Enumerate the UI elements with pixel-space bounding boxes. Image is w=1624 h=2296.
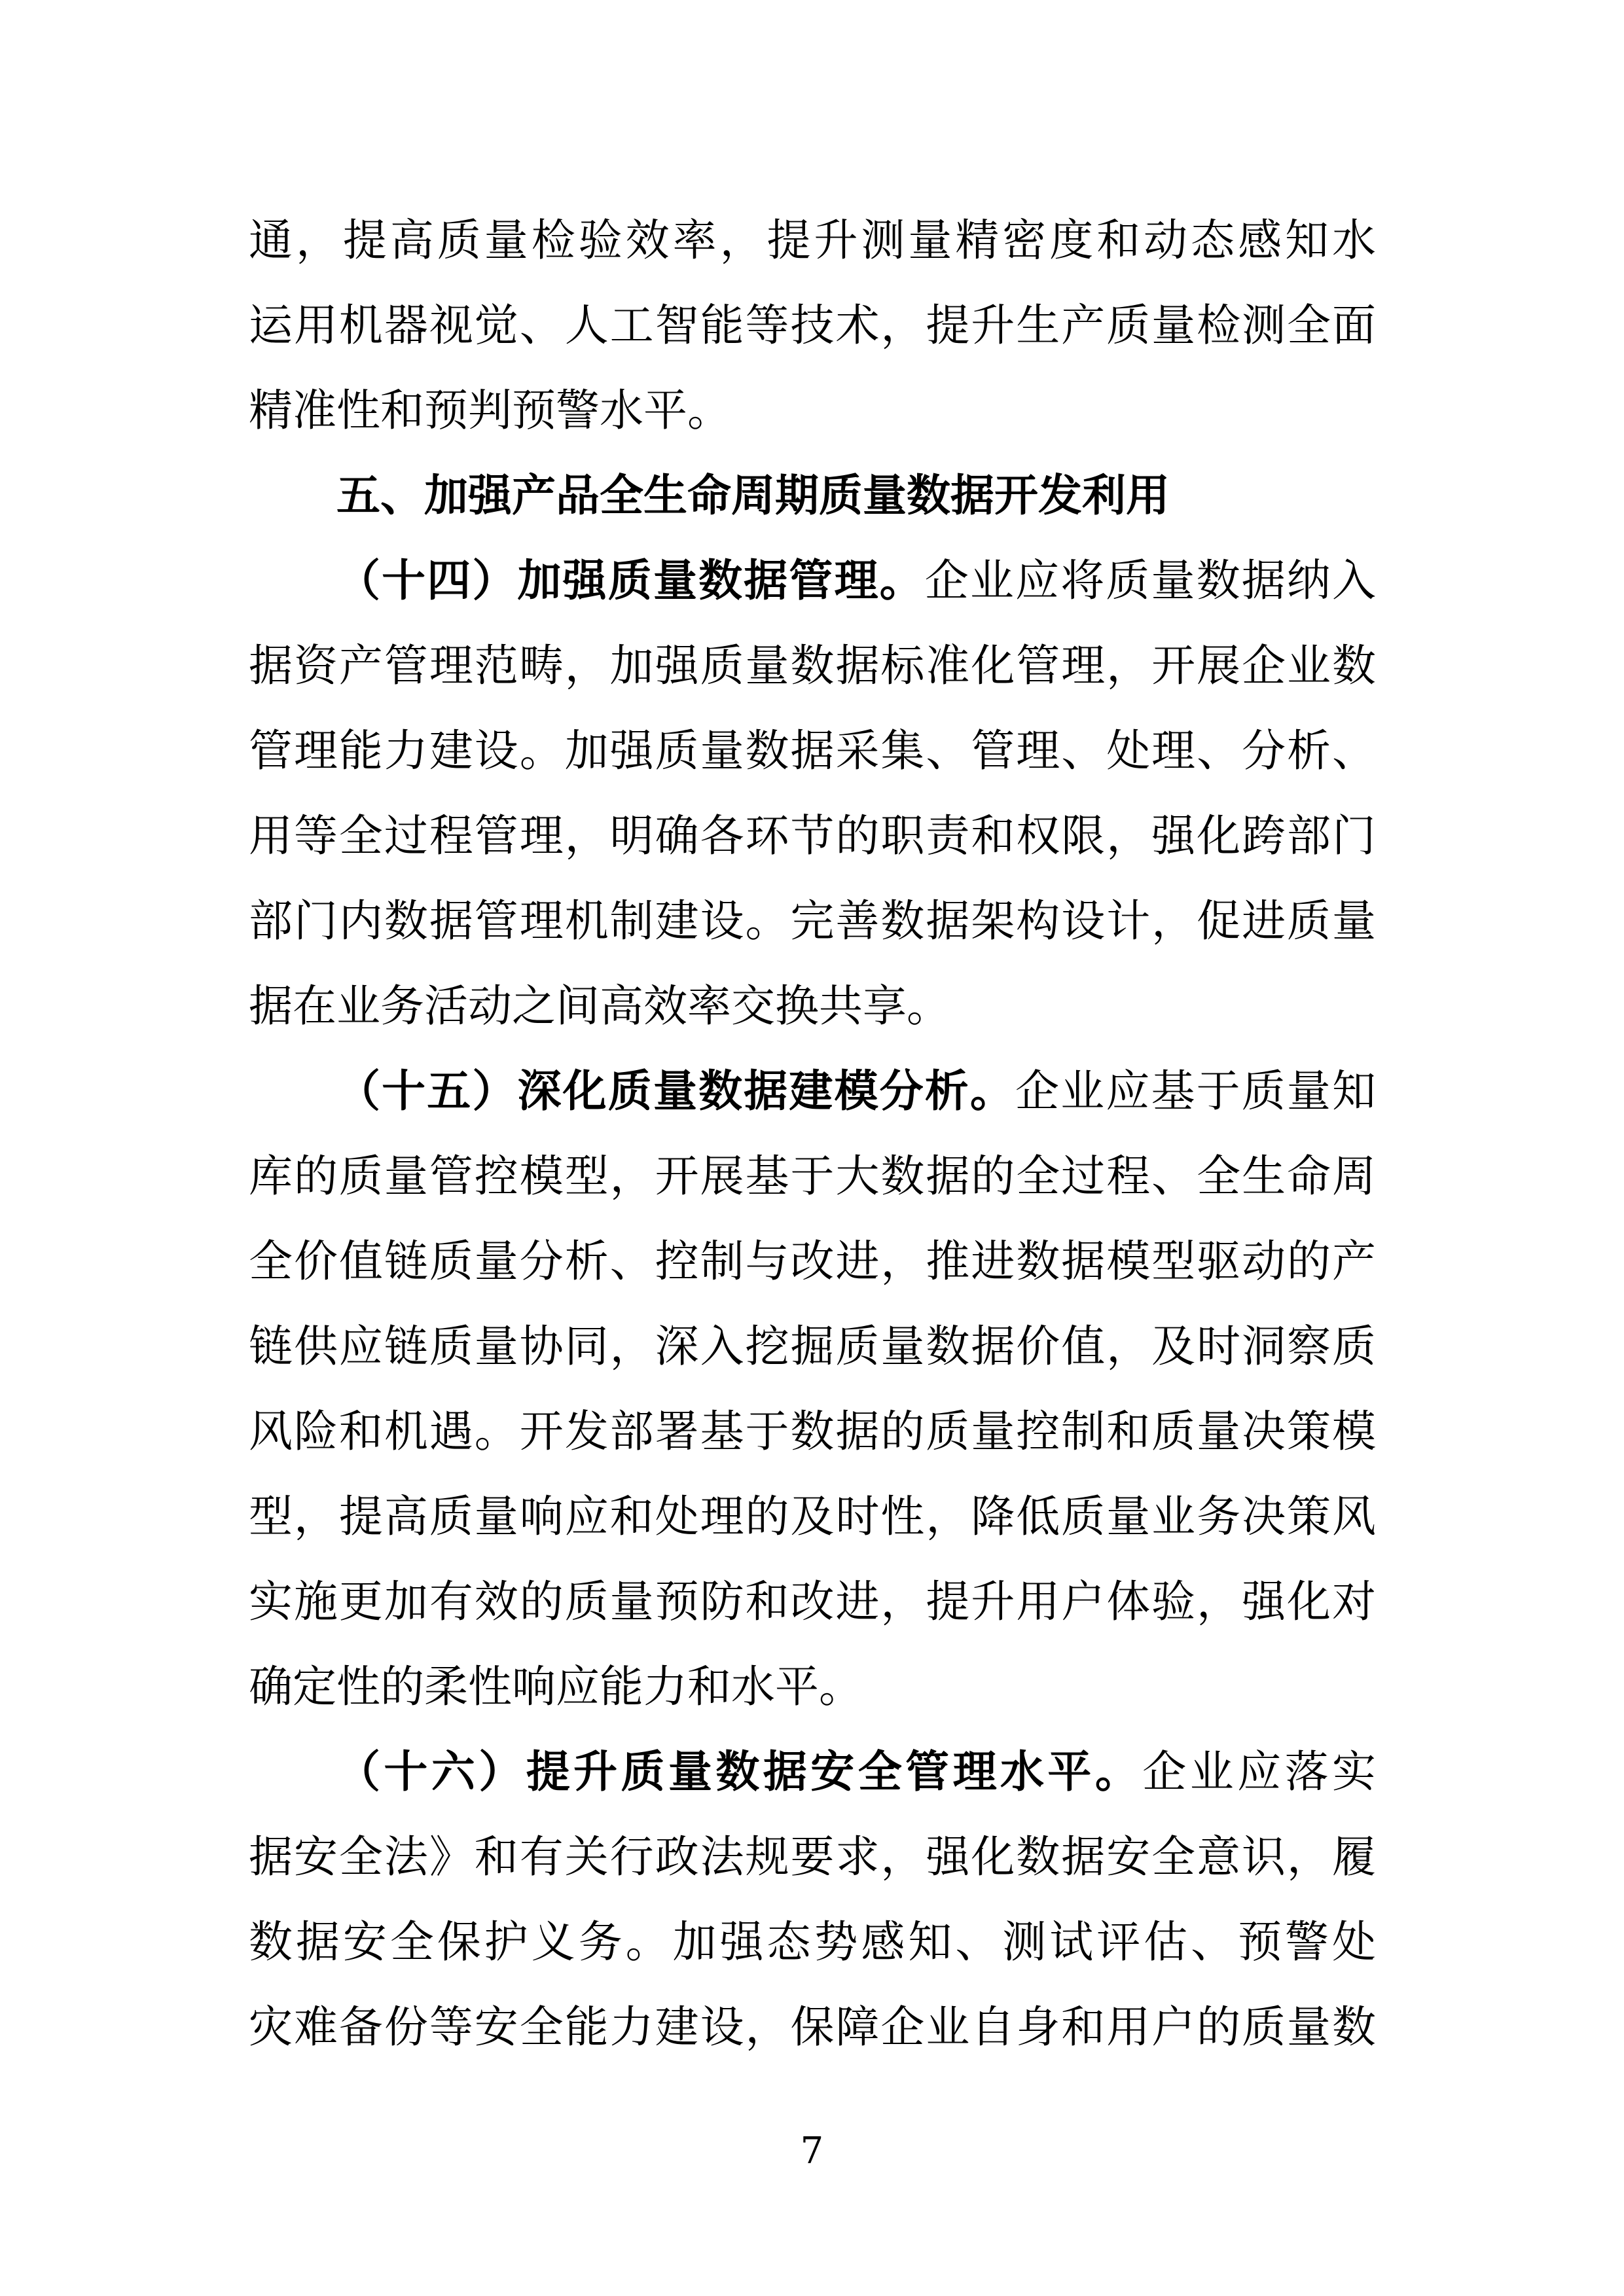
body-text: 库的质量管控模型，开展基于大数据的全过程、全生命周期、 [249, 1151, 1376, 1219]
section-heading: 五、加强产品全生命周期质量数据开发利用 [249, 453, 1376, 538]
body-text: 灾难备份等安全能力建设，保障企业自身和用户的质量数据 [249, 2001, 1376, 2070]
text-line: 管理能力建设。加强质量数据采集、管理、处理、分析、应 [249, 708, 1376, 793]
text-line: 风险和机遇。开发部署基于数据的质量控制和质量决策模 [249, 1389, 1376, 1474]
text-line: 全价值链质量分析、控制与改进，推进数据模型驱动的产业 [249, 1219, 1376, 1304]
text-line: 部门内数据管理机制建设。完善数据架构设计，促进质量数 [249, 878, 1376, 963]
text-line: 灾难备份等安全能力建设，保障企业自身和用户的质量数据 [249, 1984, 1376, 2070]
text-line: 据安全法》和有关行政法规要求，强化数据安全意识，履行 [249, 1814, 1376, 1899]
document-page: 通，提高质量检验效率，提升测量精密度和动态感知水平。 运用机器视觉、人工智能等技… [0, 0, 1624, 2296]
page-number: 7 [0, 2128, 1624, 2174]
item-lead: （十五）深化质量数据建模分析。 [336, 1065, 1015, 1117]
body-text: 风险和机遇。开发部署基于数据的质量控制和质量决策模 [249, 1406, 1376, 1457]
section-heading-text: 五、加强产品全生命周期质量数据开发利用 [336, 469, 1170, 521]
item-lead: （十六）提升质量数据安全管理水平。 [336, 1746, 1142, 1797]
item-lead: （十四）加强质量数据管理。 [336, 554, 925, 606]
body-text: 管理能力建设。加强质量数据采集、管理、处理、分析、应 [249, 725, 1376, 793]
body-text: 通，提高质量检验效率，提升测量精密度和动态感知水平。 [249, 215, 1376, 283]
text-line: 数据安全保护义务。加强态势感知、测试评估、预警处置、 [249, 1899, 1376, 1984]
text-line: 用等全过程管理，明确各环节的职责和权限，强化跨部门及 [249, 793, 1376, 878]
body-text: 据资产管理范畴，加强质量数据标准化管理，开展企业数据 [249, 640, 1376, 708]
text-line: 型，提高质量响应和处理的及时性，降低质量业务决策风险， [249, 1474, 1376, 1559]
body-text: 据在业务活动之间高效率交换共享。 [249, 980, 950, 1031]
text-line: 据在业务活动之间高效率交换共享。 [249, 963, 1376, 1049]
text-line: （十四）加强质量数据管理。企业应将质量数据纳入数 [249, 538, 1376, 623]
body-text: 实施更加有效的质量预防和改进，提升用户体验，强化对不 [249, 1576, 1376, 1644]
text-line: 链供应链质量协同，深入挖掘质量数据价值，及时洞察质量 [249, 1304, 1376, 1389]
body-text: 据安全法》和有关行政法规要求，强化数据安全意识，履行 [249, 1831, 1376, 1899]
body-text: 数据安全保护义务。加强态势感知、测试评估、预警处置、 [249, 1916, 1376, 1984]
body-text: 部门内数据管理机制建设。完善数据架构设计，促进质量数 [249, 895, 1376, 963]
document-body: 通，提高质量检验效率，提升测量精密度和动态感知水平。 运用机器视觉、人工智能等技… [249, 198, 1376, 2070]
body-text: 运用机器视觉、人工智能等技术，提升生产质量检测全面性、 [249, 300, 1376, 368]
body-text: 确定性的柔性响应能力和水平。 [249, 1661, 863, 1712]
text-line: 据资产管理范畴，加强质量数据标准化管理，开展企业数据 [249, 623, 1376, 708]
text-line: （十五）深化质量数据建模分析。企业应基于质量知识 [249, 1049, 1376, 1134]
text-line: （十六）提升质量数据安全管理水平。企业应落实《数 [249, 1729, 1376, 1814]
text-line: 确定性的柔性响应能力和水平。 [249, 1644, 1376, 1729]
body-text: 精准性和预判预警水平。 [249, 385, 731, 436]
text-line: 运用机器视觉、人工智能等技术，提升生产质量检测全面性、 [249, 283, 1376, 368]
body-text: 全价值链质量分析、控制与改进，推进数据模型驱动的产业 [249, 1236, 1376, 1304]
body-text: 用等全过程管理，明确各环节的职责和权限，强化跨部门及 [249, 810, 1376, 878]
text-line: 精准性和预判预警水平。 [249, 368, 1376, 453]
text-line: 实施更加有效的质量预防和改进，提升用户体验，强化对不 [249, 1559, 1376, 1644]
text-line: 库的质量管控模型，开展基于大数据的全过程、全生命周期、 [249, 1134, 1376, 1219]
body-text: 链供应链质量协同，深入挖掘质量数据价值，及时洞察质量 [249, 1321, 1376, 1389]
body-text: 型，提高质量响应和处理的及时性，降低质量业务决策风险， [249, 1491, 1376, 1559]
text-line: 通，提高质量检验效率，提升测量精密度和动态感知水平。 [249, 198, 1376, 283]
